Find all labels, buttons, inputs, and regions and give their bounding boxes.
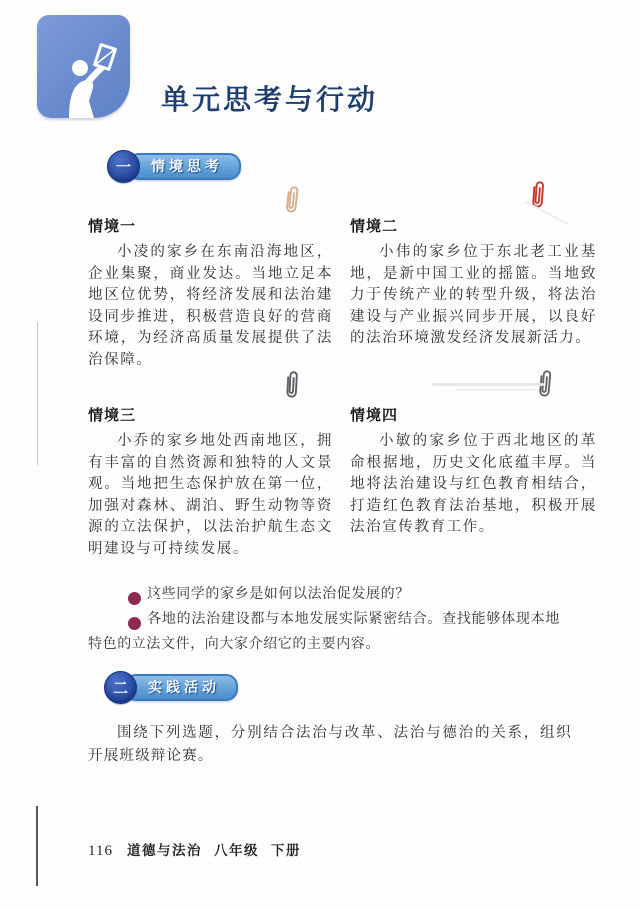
paperclip-icon (533, 367, 558, 403)
arrow-circle-bullet-icon (128, 592, 141, 605)
questions-list: 这些同学的家乡是如何以法治促发展的？ 各地的法治建设都与本地发展实际紧密结合。查… (88, 581, 560, 655)
situation-heading: 情境二 (350, 215, 597, 236)
situation-body: 小凌的家乡在东南沿海地区，企业集聚，商业发达。当地立足本地区位优势，将经济发展和… (88, 242, 333, 372)
textbook-page: 单元思考与行动 一 情境思考 情境一 小凌的家乡在东南沿海地区，企业集聚，商业发… (0, 0, 640, 909)
scan-artifact-line (36, 806, 38, 886)
scan-artifact-smudge (432, 383, 544, 386)
section-badge-practice-activity: 二 实践活动 (104, 671, 238, 703)
arrow-circle-bullet-icon (128, 617, 141, 630)
question-text: 这些同学的家乡是如何以法治促发展的？ (147, 585, 410, 601)
section-label: 实践活动 (124, 674, 238, 701)
question-item: 各地的法治建设都与本地发展实际紧密结合。查找能够体现本地特色的立法文件，向大家介… (88, 606, 560, 656)
page-number: 116 (88, 843, 113, 860)
situation-body: 小乔的家乡地处西南地区，拥有丰富的自然资源和独特的人文景观。当地把生态保护放在第… (88, 431, 333, 561)
paperclip-icon (279, 183, 304, 219)
situation-heading: 情境四 (350, 404, 597, 425)
question-item: 这些同学的家乡是如何以法治促发展的？ (88, 581, 560, 606)
section-number-circle: 一 (107, 150, 140, 183)
situation-card-3: 情境三 小乔的家乡地处西南地区，拥有丰富的自然资源和独特的人文景观。当地把生态保… (88, 404, 333, 561)
practice-instruction: 围绕下列选题，分别结合法治与改革、法治与德治的关系，组织开展班级辩论赛。 (88, 722, 572, 767)
section-label: 情境思考 (127, 153, 241, 180)
situation-card-1: 情境一 小凌的家乡在东南沿海地区，企业集聚，商业发达。当地立足本地区位优势，将经… (88, 215, 333, 372)
paperclip-icon (526, 178, 550, 213)
grade-label: 八年级 (214, 839, 259, 859)
section-badge-situational-thinking: 一 情境思考 (107, 150, 241, 182)
scan-artifact-smudge (455, 389, 535, 391)
situation-heading: 情境三 (88, 404, 333, 425)
situation-body: 小敏的家乡位于西北地区的革命根据地，历史文化底蕴丰厚。当地将法治建设与红色教育相… (350, 431, 597, 539)
page-footer: 116 道德与法治 八年级 下册 (88, 839, 301, 860)
situation-card-4: 情境四 小敏的家乡位于西北地区的革命根据地，历史文化底蕴丰厚。当地将法治建设与红… (350, 404, 597, 539)
book-title: 道德与法治 (127, 839, 202, 859)
volume-label: 下册 (271, 839, 301, 859)
person-reading-icon (37, 15, 130, 118)
paperclip-icon (280, 368, 304, 403)
scan-artifact-line (37, 322, 38, 465)
situation-body: 小伟的家乡位于东北老工业基地，是新中国工业的摇篮。当地致力于传统产业的转型升级，… (350, 242, 597, 350)
section-number-circle: 二 (104, 671, 137, 704)
person-reading-glyph (37, 15, 130, 118)
situation-heading: 情境一 (88, 215, 333, 236)
page-title: 单元思考与行动 (161, 78, 378, 118)
question-text: 各地的法治建设都与本地发展实际紧密结合。查找能够体现本地特色的立法文件，向大家介… (88, 610, 560, 651)
situation-card-2: 情境二 小伟的家乡位于东北老工业基地，是新中国工业的摇篮。当地致力于传统产业的转… (350, 215, 597, 350)
